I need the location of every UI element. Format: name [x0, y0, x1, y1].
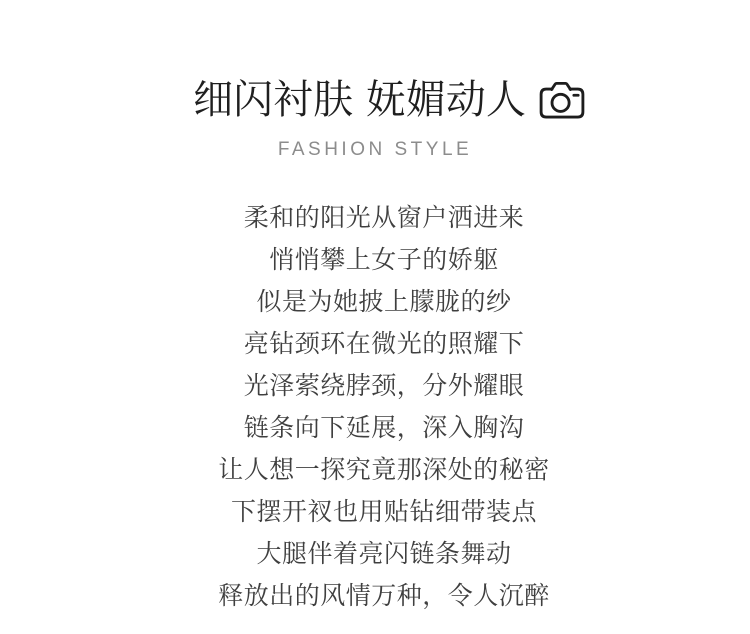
page-title: 细闪衬肤 妩媚动人 — [193, 79, 526, 122]
poem-line: 光泽萦绕脖颈，分外耀眼 — [9, 365, 750, 407]
product-description-page: 细闪衬肤 妩媚动人 FASHION STYLE 柔和的阳光从窗户洒进来 悄悄攀上… — [0, 0, 750, 634]
header: 细闪衬肤 妩媚动人 — [14, 79, 750, 123]
poem-line: 让人想一探究竟那深处的秘密 — [9, 449, 750, 491]
subtitle: FASHION STYLE — [0, 139, 750, 161]
poem-line: 下摆开衩也用贴钻细带装点 — [9, 491, 750, 533]
poem-line: 柔和的阳光从窗户洒进来 — [9, 197, 750, 239]
camera-icon — [539, 81, 585, 123]
poem-line: 大腿伴着亮闪链条舞动 — [9, 533, 750, 575]
poem-line: 链条向下延展，深入胸沟 — [9, 407, 750, 449]
poem-line: 悄悄攀上女子的娇躯 — [9, 239, 750, 281]
poem-line: 似是为她披上朦胧的纱 — [9, 281, 750, 323]
poem-section: 柔和的阳光从窗户洒进来 悄悄攀上女子的娇躯 似是为她披上朦胧的纱 亮钻颈环在微光… — [9, 197, 750, 617]
poem-line: 释放出的风情万种，令人沉醉 — [9, 575, 750, 617]
poem-line: 亮钻颈环在微光的照耀下 — [9, 323, 750, 365]
